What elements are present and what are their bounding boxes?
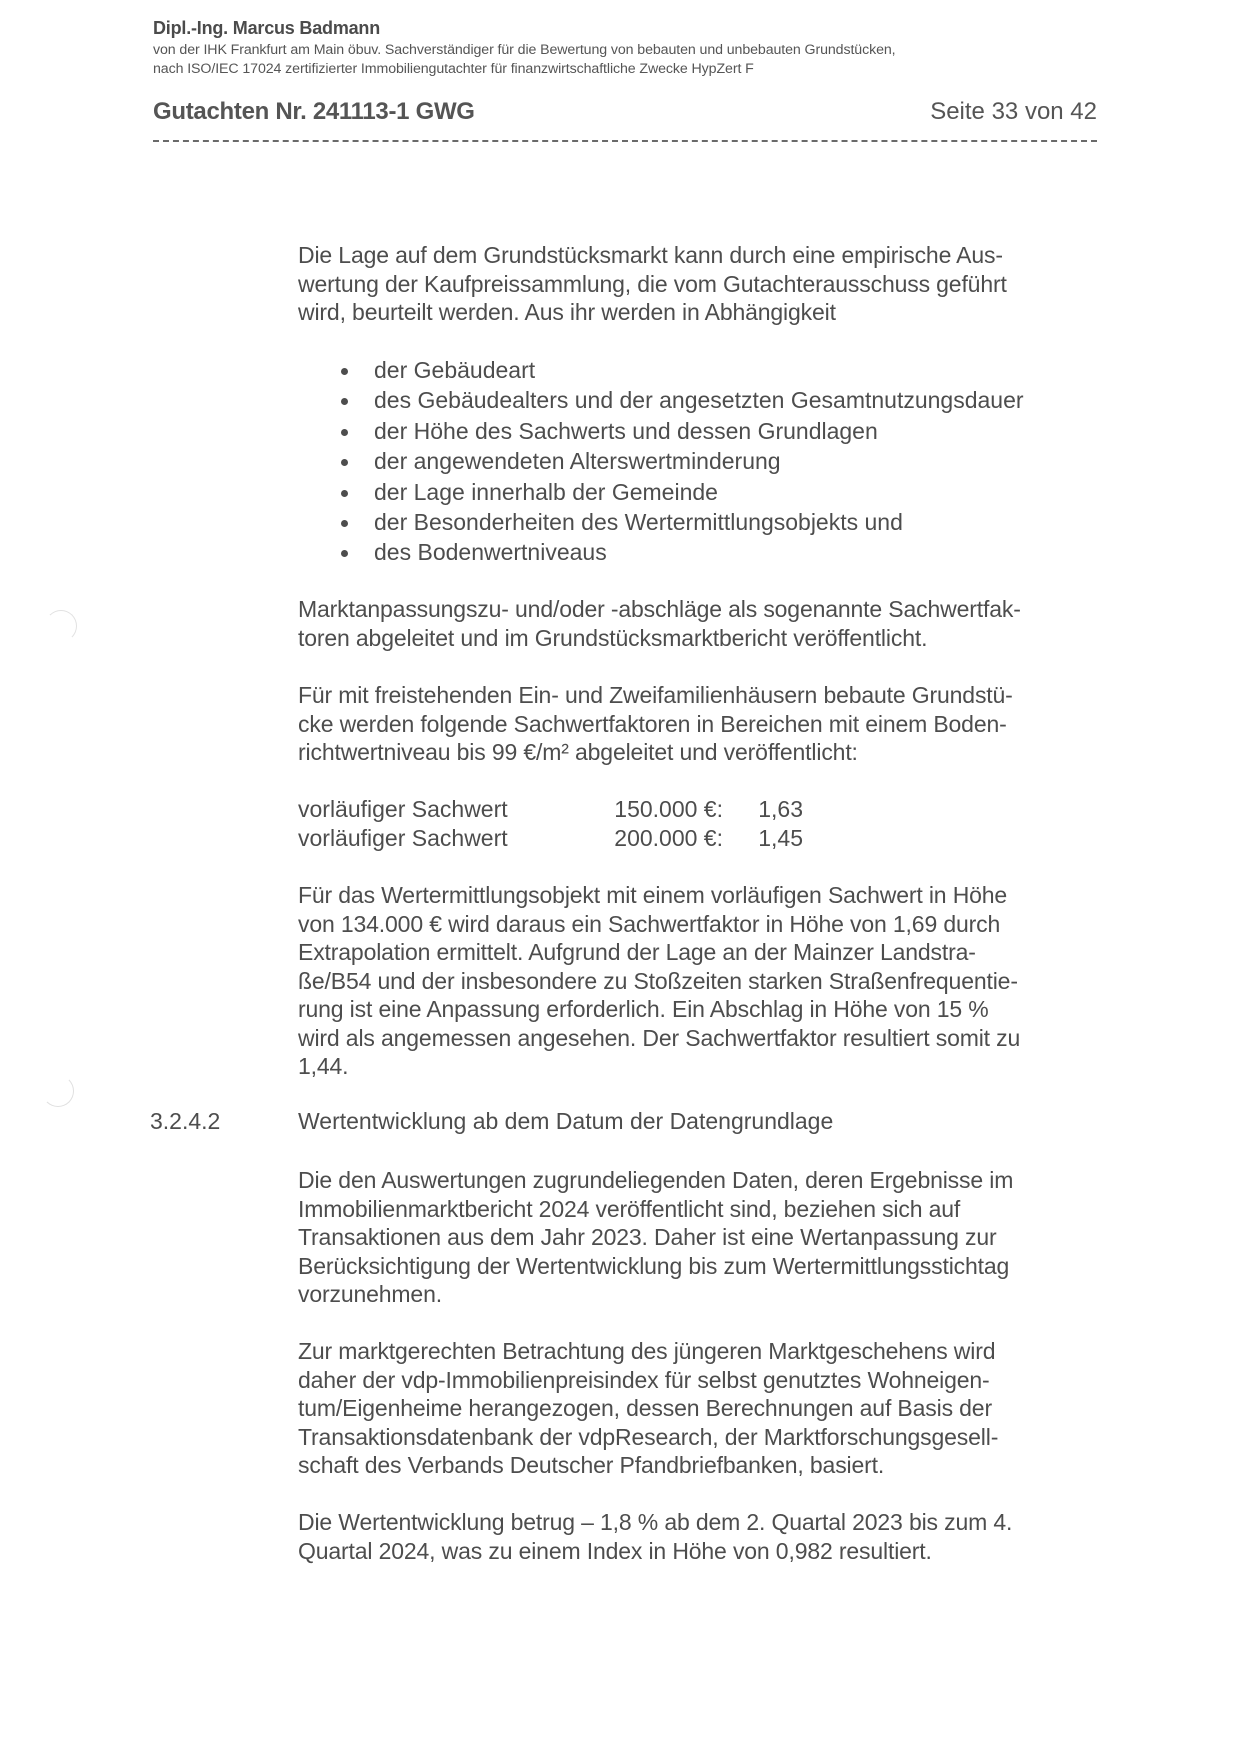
document-number: Gutachten Nr. 241113-1 GWG — [153, 98, 475, 126]
object-paragraph: Für das Wertermittlungsobjekt mit einem … — [298, 881, 1098, 1081]
section-number: 3.2.4.2 — [150, 1108, 220, 1135]
bullet-icon — [341, 398, 348, 405]
section-paragraph-2: Zur marktgerechten Betrachtung des jünge… — [298, 1337, 1098, 1480]
bullet-icon — [341, 459, 348, 466]
page-indicator: Seite 33 von 42 — [930, 98, 1097, 126]
list-item: des Gebäudealters und der angesetzten Ge… — [298, 385, 1024, 415]
factors-intro-paragraph: Für mit freistehenden Ein- und Zweifamil… — [298, 681, 1098, 767]
list-item: der angewendeten Alterswertminderung — [298, 446, 1024, 476]
factor-table: vorläufiger Sachwert 150.000 €: 1,63 vor… — [298, 795, 803, 852]
punch-hole-mark — [42, 1075, 74, 1107]
author-credential-line-1: von der IHK Frankfurt am Main öbuv. Sach… — [153, 42, 896, 58]
bullet-icon — [341, 368, 348, 375]
dependency-list: der Gebäudeart des Gebäudealters und der… — [298, 355, 1024, 568]
section-title: Wertentwicklung ab dem Datum der Datengr… — [298, 1108, 833, 1135]
table-row: vorläufiger Sachwert 150.000 €: 1,63 — [298, 795, 803, 824]
list-item: der Besonderheiten des Wertermittlungsob… — [298, 507, 1024, 537]
list-item: der Lage innerhalb der Gemeinde — [298, 477, 1024, 507]
table-row: vorläufiger Sachwert 200.000 €: 1,45 — [298, 824, 803, 853]
author-name: Dipl.-Ing. Marcus Badmann — [153, 18, 380, 39]
punch-hole-mark — [45, 610, 77, 642]
list-item: der Gebäudeart — [298, 355, 1024, 385]
bullet-icon — [341, 490, 348, 497]
document-page: Dipl.-Ing. Marcus Badmann von der IHK Fr… — [0, 0, 1240, 1753]
list-item: der Höhe des Sachwerts und dessen Grundl… — [298, 416, 1024, 446]
bullet-icon — [341, 520, 348, 527]
market-adjustment-paragraph: Marktanpassungszu- und/oder -abschläge a… — [298, 595, 1098, 652]
bullet-icon — [341, 429, 348, 436]
section-paragraph-3: Die Wertentwicklung betrug – 1,8 % ab de… — [298, 1508, 1098, 1565]
intro-paragraph: Die Lage auf dem Grundstücksmarkt kann d… — [298, 241, 1098, 327]
list-item: des Bodenwertniveaus — [298, 537, 1024, 567]
author-credential-line-2: nach ISO/IEC 17024 zertifizierter Immobi… — [153, 61, 754, 77]
section-paragraph-1: Die den Auswertungen zugrundeliegenden D… — [298, 1166, 1098, 1309]
bullet-icon — [341, 550, 348, 557]
header-divider — [153, 140, 1097, 142]
